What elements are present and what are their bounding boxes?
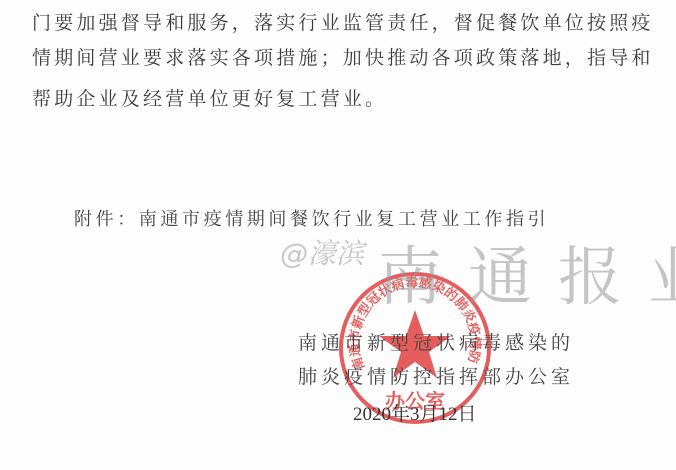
signature-date: 2020年3月12日 [353,399,477,426]
signature-line-1: 南通市新型冠状病毒感染的 [298,328,574,355]
document-page: 门要加强督导和服务，落实行业监管责任，督促餐饮单位按照疫 情期间营业要求落实各项… [0,0,676,470]
watermark-main: 南通报业 [378,226,676,318]
watermark-handle: @濠滨 [280,232,364,272]
body-text-line-2: 情期间营业要求落实各项措施；加快推动各项政策落地，指导和 [32,47,654,69]
signature-line-2: 肺炎疫情防控指挥部办公室 [298,362,574,389]
body-text-line-3: 帮助企业及经营单位更好复工营业。 [32,88,387,110]
body-text-line-1: 门要加强督导和服务，落实行业监管责任，督促餐饮单位按照疫 [32,12,654,34]
